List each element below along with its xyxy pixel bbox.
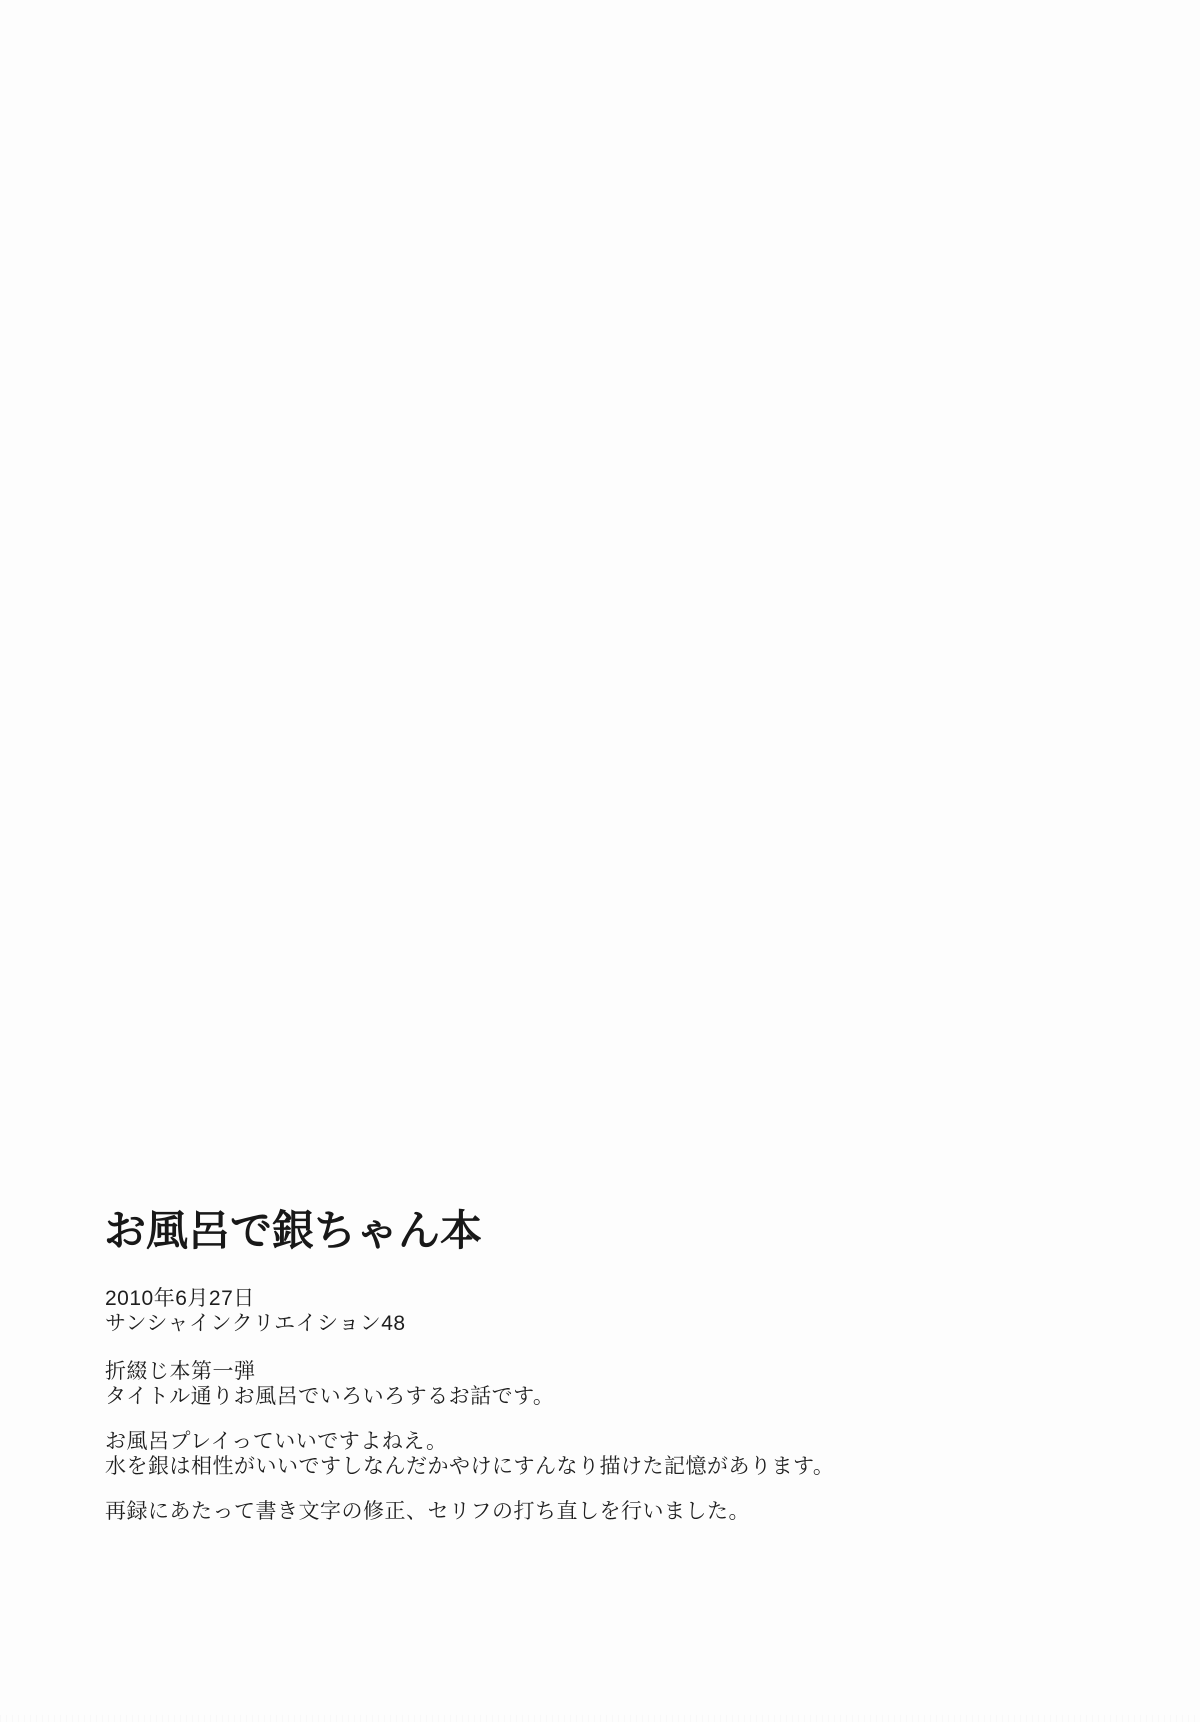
event-meta: 2010年6月27日 サンシャインクリエイション48 [105, 1286, 406, 1336]
afterword-paragraph: お風呂プレイっていいですよねえ。 水を銀は相性がいいですしなんだかやけにすんなり… [105, 1429, 834, 1479]
event-name: サンシャインクリエイション48 [105, 1311, 406, 1336]
scan-noise-artifact [0, 1715, 1200, 1722]
afterword-line: タイトル通りお風呂でいろいろするお話です。 [105, 1384, 554, 1409]
scanned-page: お風呂で銀ちゃん本 2010年6月27日 サンシャインクリエイション48 折綴じ… [0, 0, 1200, 1722]
afterword-line: 水を銀は相性がいいですしなんだかやけにすんなり描けた記憶があります。 [105, 1454, 834, 1479]
afterword-line: 折綴じ本第一弾 [105, 1359, 554, 1384]
afterword-line: 再録にあたって書き文字の修正、セリフの打ち直しを行いました。 [105, 1499, 750, 1524]
afterword-line: お風呂プレイっていいですよねえ。 [105, 1429, 834, 1454]
page-title: お風呂で銀ちゃん本 [104, 1208, 482, 1254]
afterword-paragraph: 折綴じ本第一弾 タイトル通りお風呂でいろいろするお話です。 [105, 1359, 554, 1409]
event-date: 2010年6月27日 [105, 1286, 406, 1311]
afterword-paragraph: 再録にあたって書き文字の修正、セリフの打ち直しを行いました。 [105, 1499, 750, 1524]
